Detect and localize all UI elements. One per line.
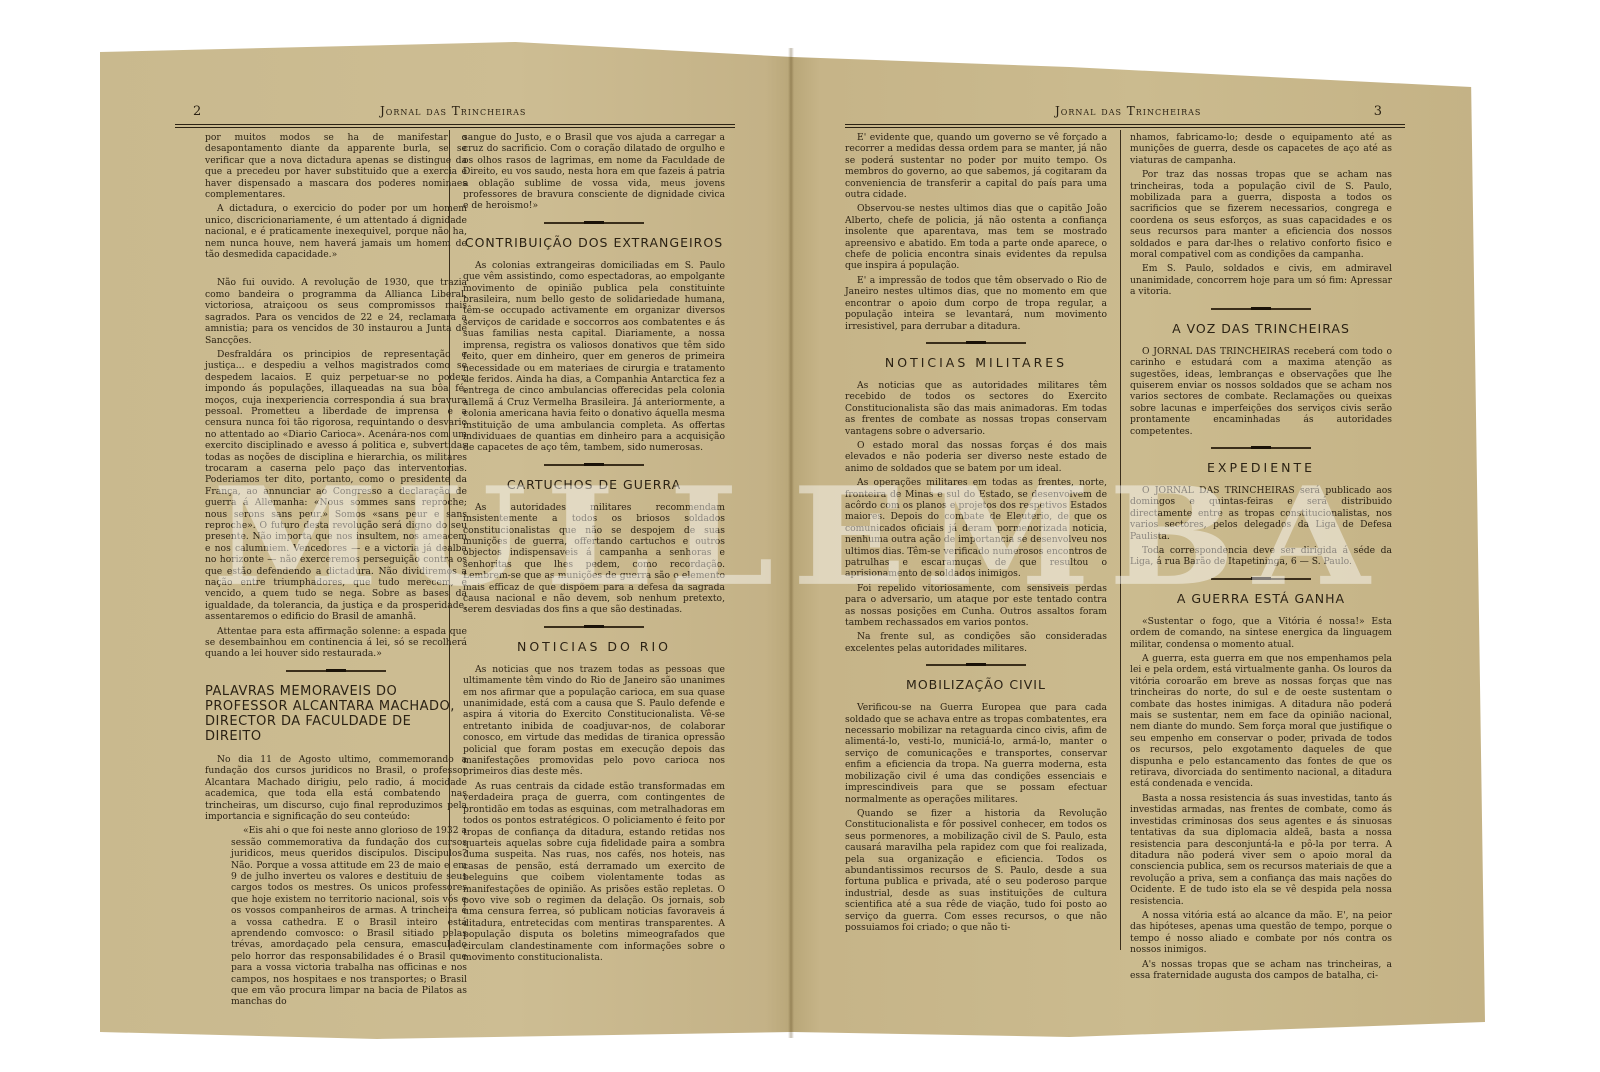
page-number: 2 [193, 104, 202, 119]
headline-noticias-militares: NOTICIAS MILITARES [845, 356, 1107, 370]
column-1: por muitos modos se ha de manifestar o d… [205, 132, 467, 1011]
paragraph: O estado moral das nossas forças é dos m… [845, 440, 1107, 474]
section-divider [544, 222, 644, 224]
section-divider [544, 464, 644, 466]
headline-noticias-do-rio: NOTICIAS DO RIO [463, 640, 725, 654]
column-2: sangue do Justo, e o Brasil que vos ajud… [463, 132, 725, 966]
paragraph: As operações militares em todas as frent… [845, 477, 1107, 580]
headline-cartuchos-de-guerra: CARTUCHOS DE GUERRA [463, 478, 725, 492]
section-divider [1211, 447, 1311, 449]
paragraph: nhamos, fabricamo-lo; desde o equipament… [1130, 132, 1392, 166]
section-divider [1211, 578, 1311, 580]
section-divider [926, 664, 1026, 666]
masthead-title: Jornal das Trincheiras [380, 104, 526, 118]
page-number: 3 [1374, 104, 1383, 119]
paragraph: Em S. Paulo, soldados e civis, em admira… [1130, 263, 1392, 297]
paragraph: A dictadura, o exercicio do poder por um… [205, 203, 467, 260]
headline-contribuicao-extrangeiros: CONTRIBUIÇÃO DOS EXTRANGEIROS [463, 236, 725, 250]
paragraph: Verificou-se na Guerra Europea que para … [845, 702, 1107, 805]
paragraph: sangue do Justo, e o Brasil que vos ajud… [463, 132, 725, 212]
paragraph: E' evidente que, quando um governo se vê… [845, 132, 1107, 200]
paragraph: E' a impressão de todos que têm observad… [845, 275, 1107, 332]
section-divider [926, 342, 1026, 344]
paragraph: Por traz das nossas tropas que se acham … [1130, 169, 1392, 260]
headline-palavras-memoraveis: PALAVRAS MEMORAVEIS DO PROFESSOR ALCANTA… [205, 684, 467, 744]
paragraph: «Sustentar o fogo, que a Vitória é nossa… [1130, 616, 1392, 650]
paragraph: Não fui ouvido. A revolução de 1930, que… [205, 277, 467, 345]
headline-a-voz-das-trincheiras: A VOZ DAS TRINCHEIRAS [1130, 322, 1392, 336]
headline-expediente: EXPEDIENTE [1130, 461, 1392, 475]
paragraph: As ruas centrais da cidade estão transfo… [463, 781, 725, 964]
paragraph: As autoridades militares recommendam ins… [463, 502, 725, 616]
paragraph: As noticias que as autoridades militares… [845, 380, 1107, 437]
headline-a-guerra-esta-ganha: A GUERRA ESTÁ GANHA [1130, 592, 1392, 606]
column-1: E' evidente que, quando um governo se vê… [845, 132, 1107, 936]
page-header: 2 Jornal das Trincheiras [175, 100, 735, 128]
column-rule [1120, 130, 1121, 950]
column-2: nhamos, fabricamo-lo; desde o equipament… [1130, 132, 1392, 984]
paragraph: As noticias que nos trazem todas as pess… [463, 664, 725, 778]
paragraph: As colonias extrangeiras domiciliadas em… [463, 260, 725, 454]
paragraph: A's nossas tropas que se acham nas trinc… [1130, 959, 1392, 982]
center-fold [788, 48, 794, 1038]
paragraph: Quando se fizer a historia da Revolução … [845, 808, 1107, 933]
paragraph: Observou-se nestes ultimos dias que o ca… [845, 203, 1107, 271]
masthead-title: Jornal das Trincheiras [1055, 104, 1201, 118]
paragraph: Attentae para esta affirmação solenne: a… [205, 626, 467, 660]
paragraph: A nossa vitória está ao alcance da mão. … [1130, 910, 1392, 956]
paragraph: por muitos modos se ha de manifestar o d… [205, 132, 467, 200]
quote-paragraph: «Eis ahi o que foi neste anno glorioso d… [231, 825, 467, 1008]
paragraph: O JORNAL DAS TRINCHEIRAS receberá com to… [1130, 346, 1392, 437]
headline-mobilizacao-civil: MOBILIZAÇÃO CIVIL [845, 678, 1107, 692]
section-divider [544, 626, 644, 628]
paragraph: No dia 11 de Agosto ultimo, commemorando… [205, 754, 467, 822]
paragraph: O JORNAL DAS TRINCHEIRAS será publicado … [1130, 485, 1392, 542]
paragraph: Basta a nossa resistencia ás suas invest… [1130, 793, 1392, 907]
paragraph: Desfraldára os principios de representaç… [205, 349, 467, 623]
paragraph: Foi repelido vitoriosamente, com sensive… [845, 583, 1107, 629]
section-divider [286, 670, 386, 672]
section-divider [1211, 308, 1311, 310]
paragraph: Toda correspondencia deve ser dirigida á… [1130, 545, 1392, 568]
page-header: Jornal das Trincheiras 3 [845, 100, 1405, 128]
paragraph: Na frente sul, as condições são consider… [845, 631, 1107, 654]
paragraph: A guerra, esta guerra em que nos empenha… [1130, 653, 1392, 790]
